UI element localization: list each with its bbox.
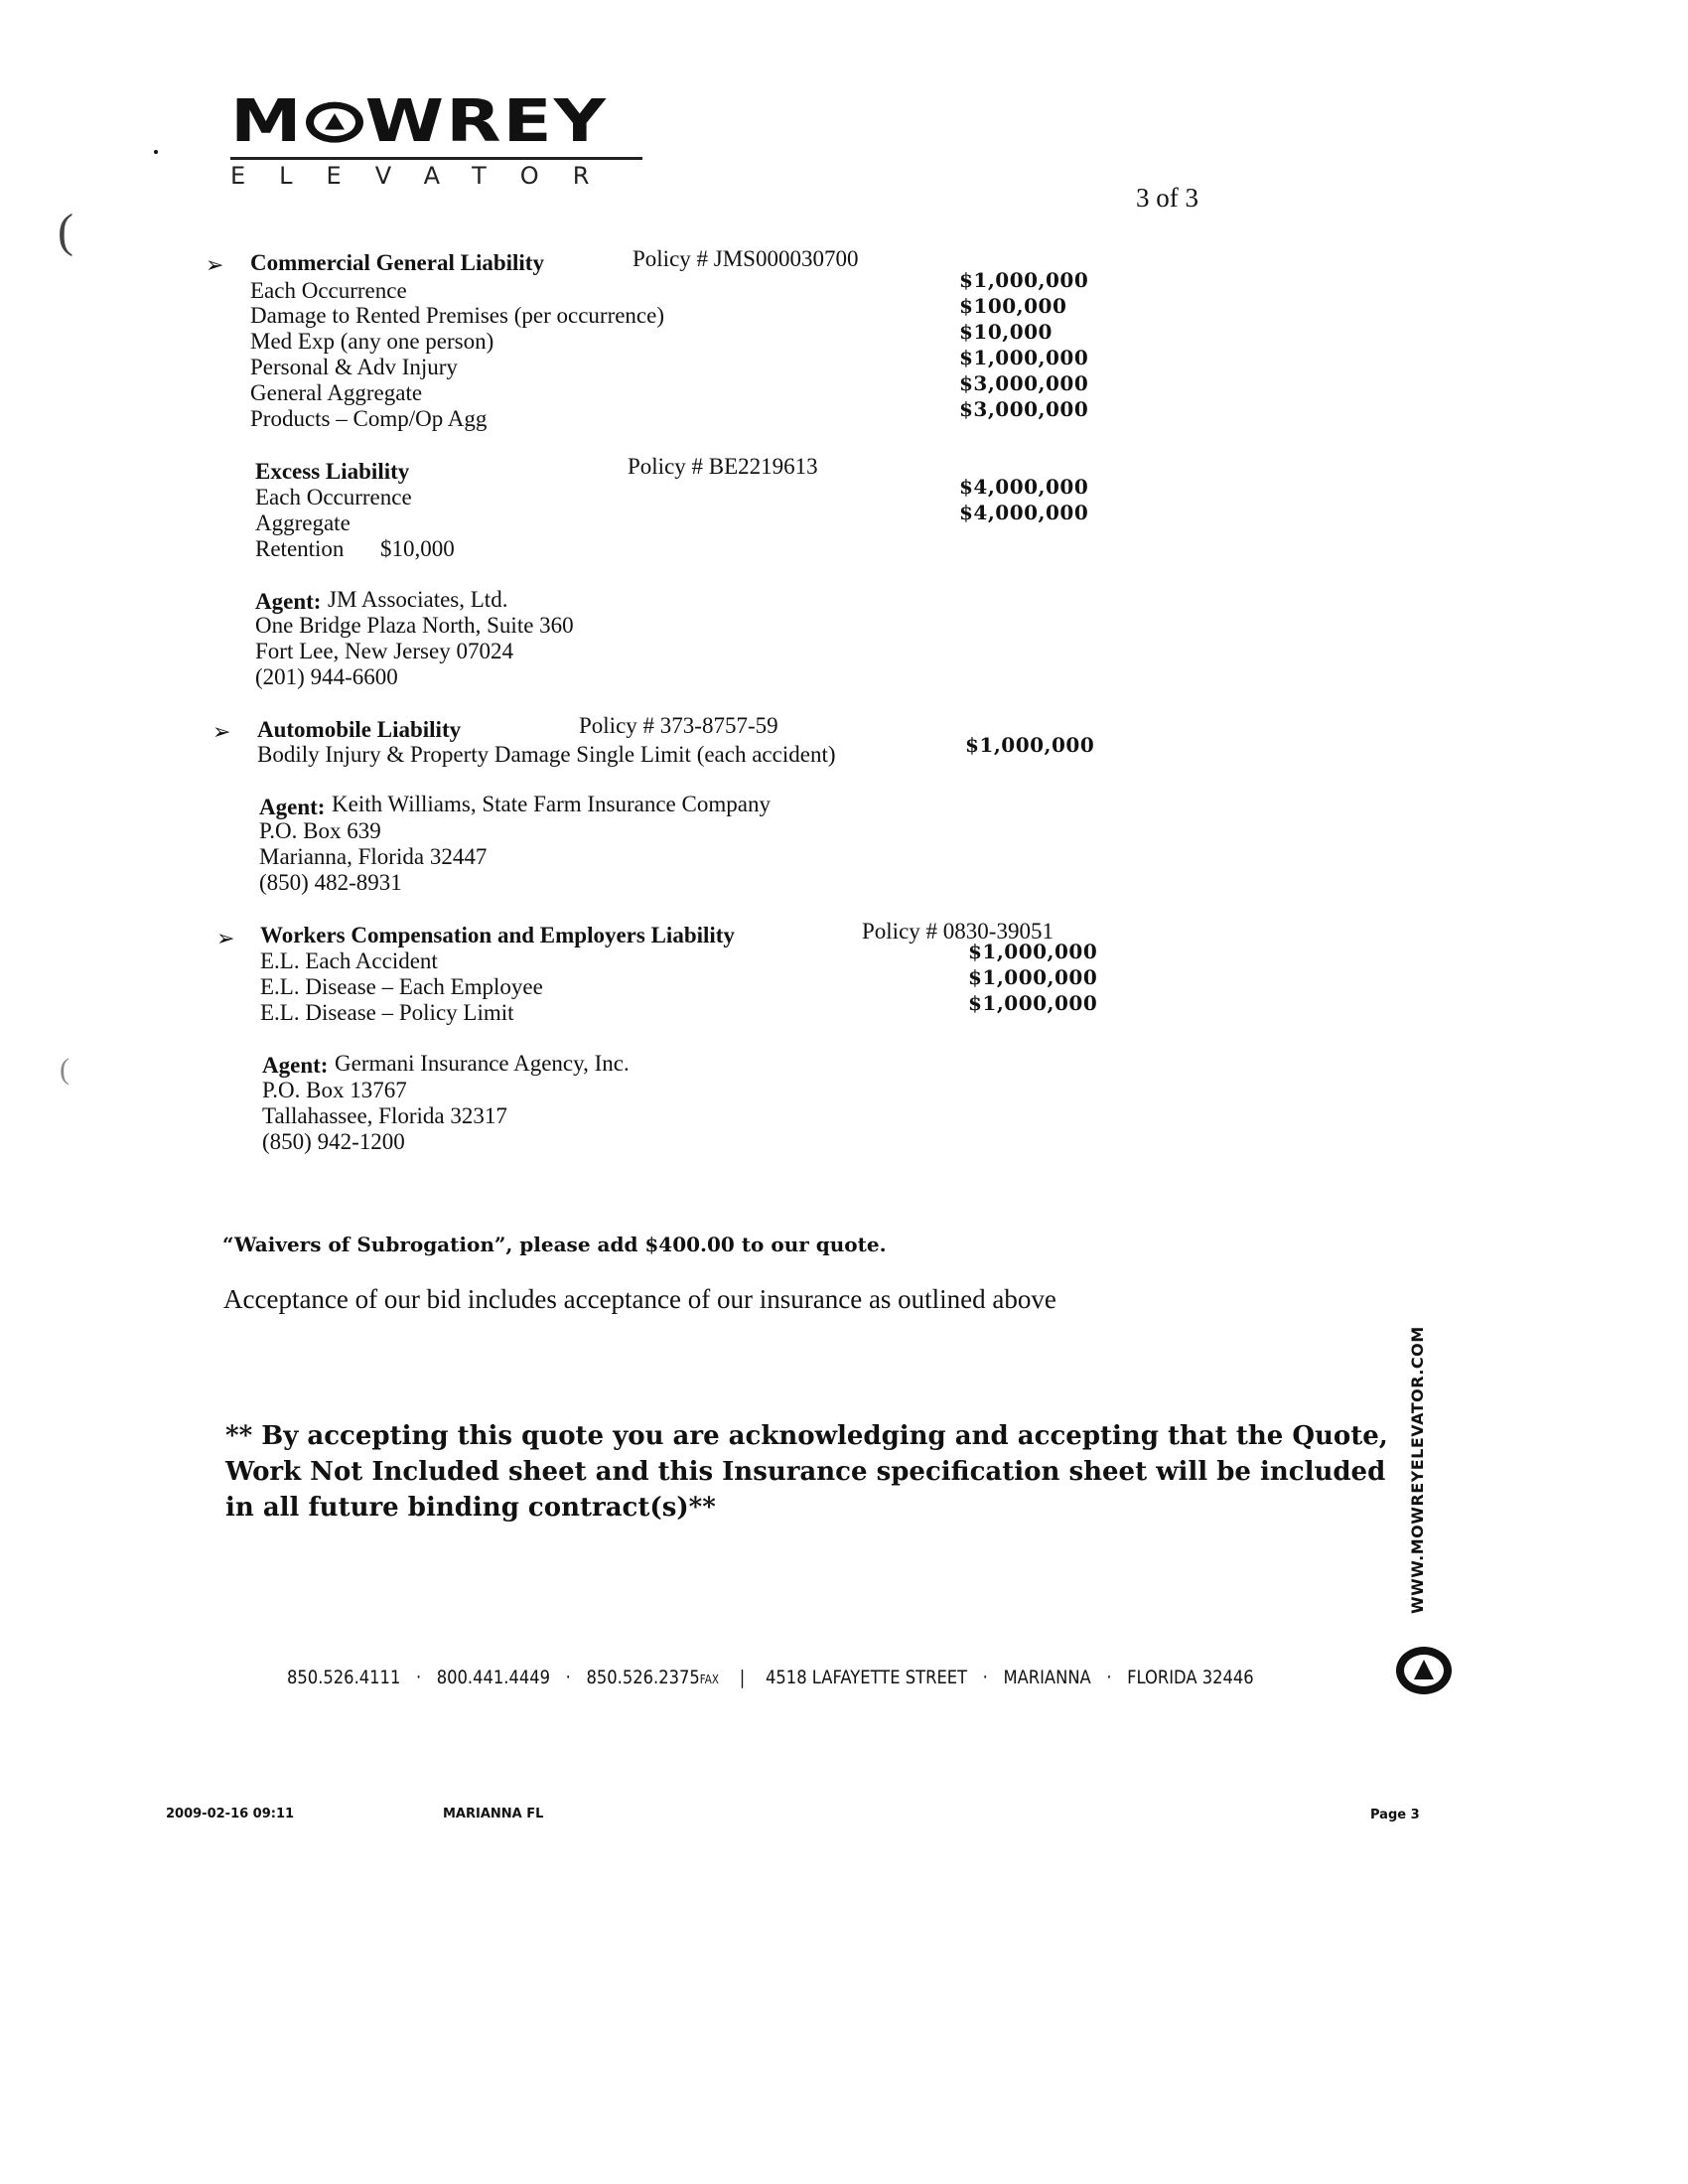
wc-row-amount: $1,000,000: [968, 940, 1097, 963]
footer-fax: 850.526.2375: [586, 1667, 699, 1688]
separator-dot: ·: [1106, 1667, 1111, 1688]
binding-contract-note: ** By accepting this quote you are ackno…: [225, 1418, 1397, 1526]
cgl-row-label: Damage to Rented Premises (per occurrenc…: [250, 303, 664, 329]
wc-row-amount: $1,000,000: [968, 991, 1097, 1015]
scan-mark-dot: [154, 150, 158, 154]
acceptance-note: Acceptance of our bid includes acceptanc…: [223, 1284, 1056, 1315]
separator-dot: ·: [416, 1667, 421, 1688]
separator-dot: ·: [566, 1667, 571, 1688]
excess-row-amount: $4,000,000: [959, 501, 1088, 524]
auto-row-amount: $1,000,000: [965, 733, 1094, 757]
footer-city: MARIANNA: [1003, 1667, 1090, 1688]
wc-row-label: E.L. Disease – Each Employee: [260, 974, 543, 1000]
policy-number-excess: Policy # BE2219613: [628, 454, 818, 480]
website-url: WWW.MOWREYELEVATOR.COM: [1408, 1326, 1427, 1614]
agent-address1: P.O. Box 639: [259, 818, 381, 844]
policy-number-cgl: Policy # JMS000030700: [633, 246, 858, 272]
excess-row-label: Aggregate: [255, 510, 351, 536]
fax-label: FAX: [700, 1673, 719, 1686]
company-logo: MWREY: [230, 91, 608, 150]
excess-row-label: Retention: [255, 536, 344, 562]
footer-contact-line: 850.526.4111 · 800.441.4449 · 850.526.23…: [287, 1667, 1254, 1688]
logo-o-triangle-icon: [306, 102, 363, 143]
agent-label: Agent:: [259, 795, 325, 820]
bullet-arrow-icon: ➢: [216, 927, 234, 951]
agent-phone: (850) 482-8931: [259, 870, 402, 896]
page-count: 3 of 3: [1136, 183, 1198, 214]
cgl-row-amount: $3,000,000: [959, 371, 1088, 395]
footer-phone-main: 850.526.4111: [287, 1667, 400, 1688]
agent-label: Agent:: [262, 1053, 328, 1079]
fax-page: Page 3: [1370, 1808, 1420, 1822]
cgl-row-label: Each Occurrence: [250, 278, 407, 304]
wc-row-amount: $1,000,000: [968, 965, 1097, 989]
cgl-row-amount: $1,000,000: [959, 346, 1088, 369]
agent-label: Agent:: [255, 589, 321, 615]
agent-name: Germani Insurance Agency, Inc.: [335, 1051, 630, 1077]
cgl-row-amount: $3,000,000: [959, 397, 1088, 421]
bullet-arrow-icon: ➢: [212, 720, 230, 745]
excess-retention-amount: $10,000: [380, 536, 455, 562]
separator-dot: ·: [983, 1667, 988, 1688]
logo-subtitle: ELEVATOR: [230, 163, 657, 189]
excess-row-label: Each Occurrence: [255, 485, 412, 510]
scan-mark-paren: (: [60, 1053, 70, 1087]
footer-phone-tollfree: 800.441.4449: [437, 1667, 550, 1688]
logo-divider: [230, 157, 642, 160]
mowrey-badge-icon: [1396, 1647, 1452, 1694]
cgl-row-amount: $100,000: [959, 294, 1066, 318]
cgl-row-amount: $10,000: [959, 320, 1053, 344]
auto-row-label: Bodily Injury & Property Damage Single L…: [257, 742, 836, 768]
fax-location: MARIANNA FL: [443, 1807, 543, 1821]
wc-row-label: E.L. Disease – Policy Limit: [260, 1000, 514, 1026]
bullet-arrow-icon: ➢: [206, 253, 223, 278]
excess-row-amount: $4,000,000: [959, 475, 1088, 499]
agent-address2: Fort Lee, New Jersey 07024: [255, 639, 513, 664]
cgl-row-label: Personal & Adv Injury: [250, 355, 458, 380]
section-title-auto: Automobile Liability: [257, 717, 461, 743]
footer-street: 4518 LAFAYETTE STREET: [766, 1667, 967, 1688]
agent-phone: (850) 942-1200: [262, 1129, 405, 1155]
separator-bar: |: [740, 1667, 746, 1688]
wc-row-label: E.L. Each Accident: [260, 948, 438, 974]
cgl-row-amount: $1,000,000: [959, 268, 1088, 292]
logo-text-rest: WREY: [365, 86, 608, 155]
section-title-cgl: Commercial General Liability: [250, 250, 544, 276]
section-title-excess: Excess Liability: [255, 459, 409, 485]
fax-timestamp: 2009-02-16 09:11: [166, 1807, 294, 1821]
agent-phone: (201) 944-6600: [255, 664, 398, 690]
agent-name: JM Associates, Ltd.: [328, 587, 507, 613]
agent-name: Keith Williams, State Farm Insurance Com…: [332, 792, 771, 817]
agent-address1: One Bridge Plaza North, Suite 360: [255, 613, 574, 639]
policy-number-auto: Policy # 373-8757-59: [579, 713, 778, 739]
scan-mark-paren: (: [58, 204, 73, 258]
footer-state-zip: FLORIDA 32446: [1127, 1667, 1254, 1688]
section-title-workers-comp: Workers Compensation and Employers Liabi…: [260, 923, 735, 948]
waivers-note: “Waivers of Subrogation”, please add $40…: [222, 1232, 887, 1257]
agent-address2: Tallahassee, Florida 32317: [262, 1103, 507, 1129]
cgl-row-label: General Aggregate: [250, 380, 422, 406]
cgl-row-label: Med Exp (any one person): [250, 329, 493, 355]
cgl-row-label: Products – Comp/Op Agg: [250, 406, 487, 432]
agent-address1: P.O. Box 13767: [262, 1078, 407, 1103]
agent-address2: Marianna, Florida 32447: [259, 844, 487, 870]
